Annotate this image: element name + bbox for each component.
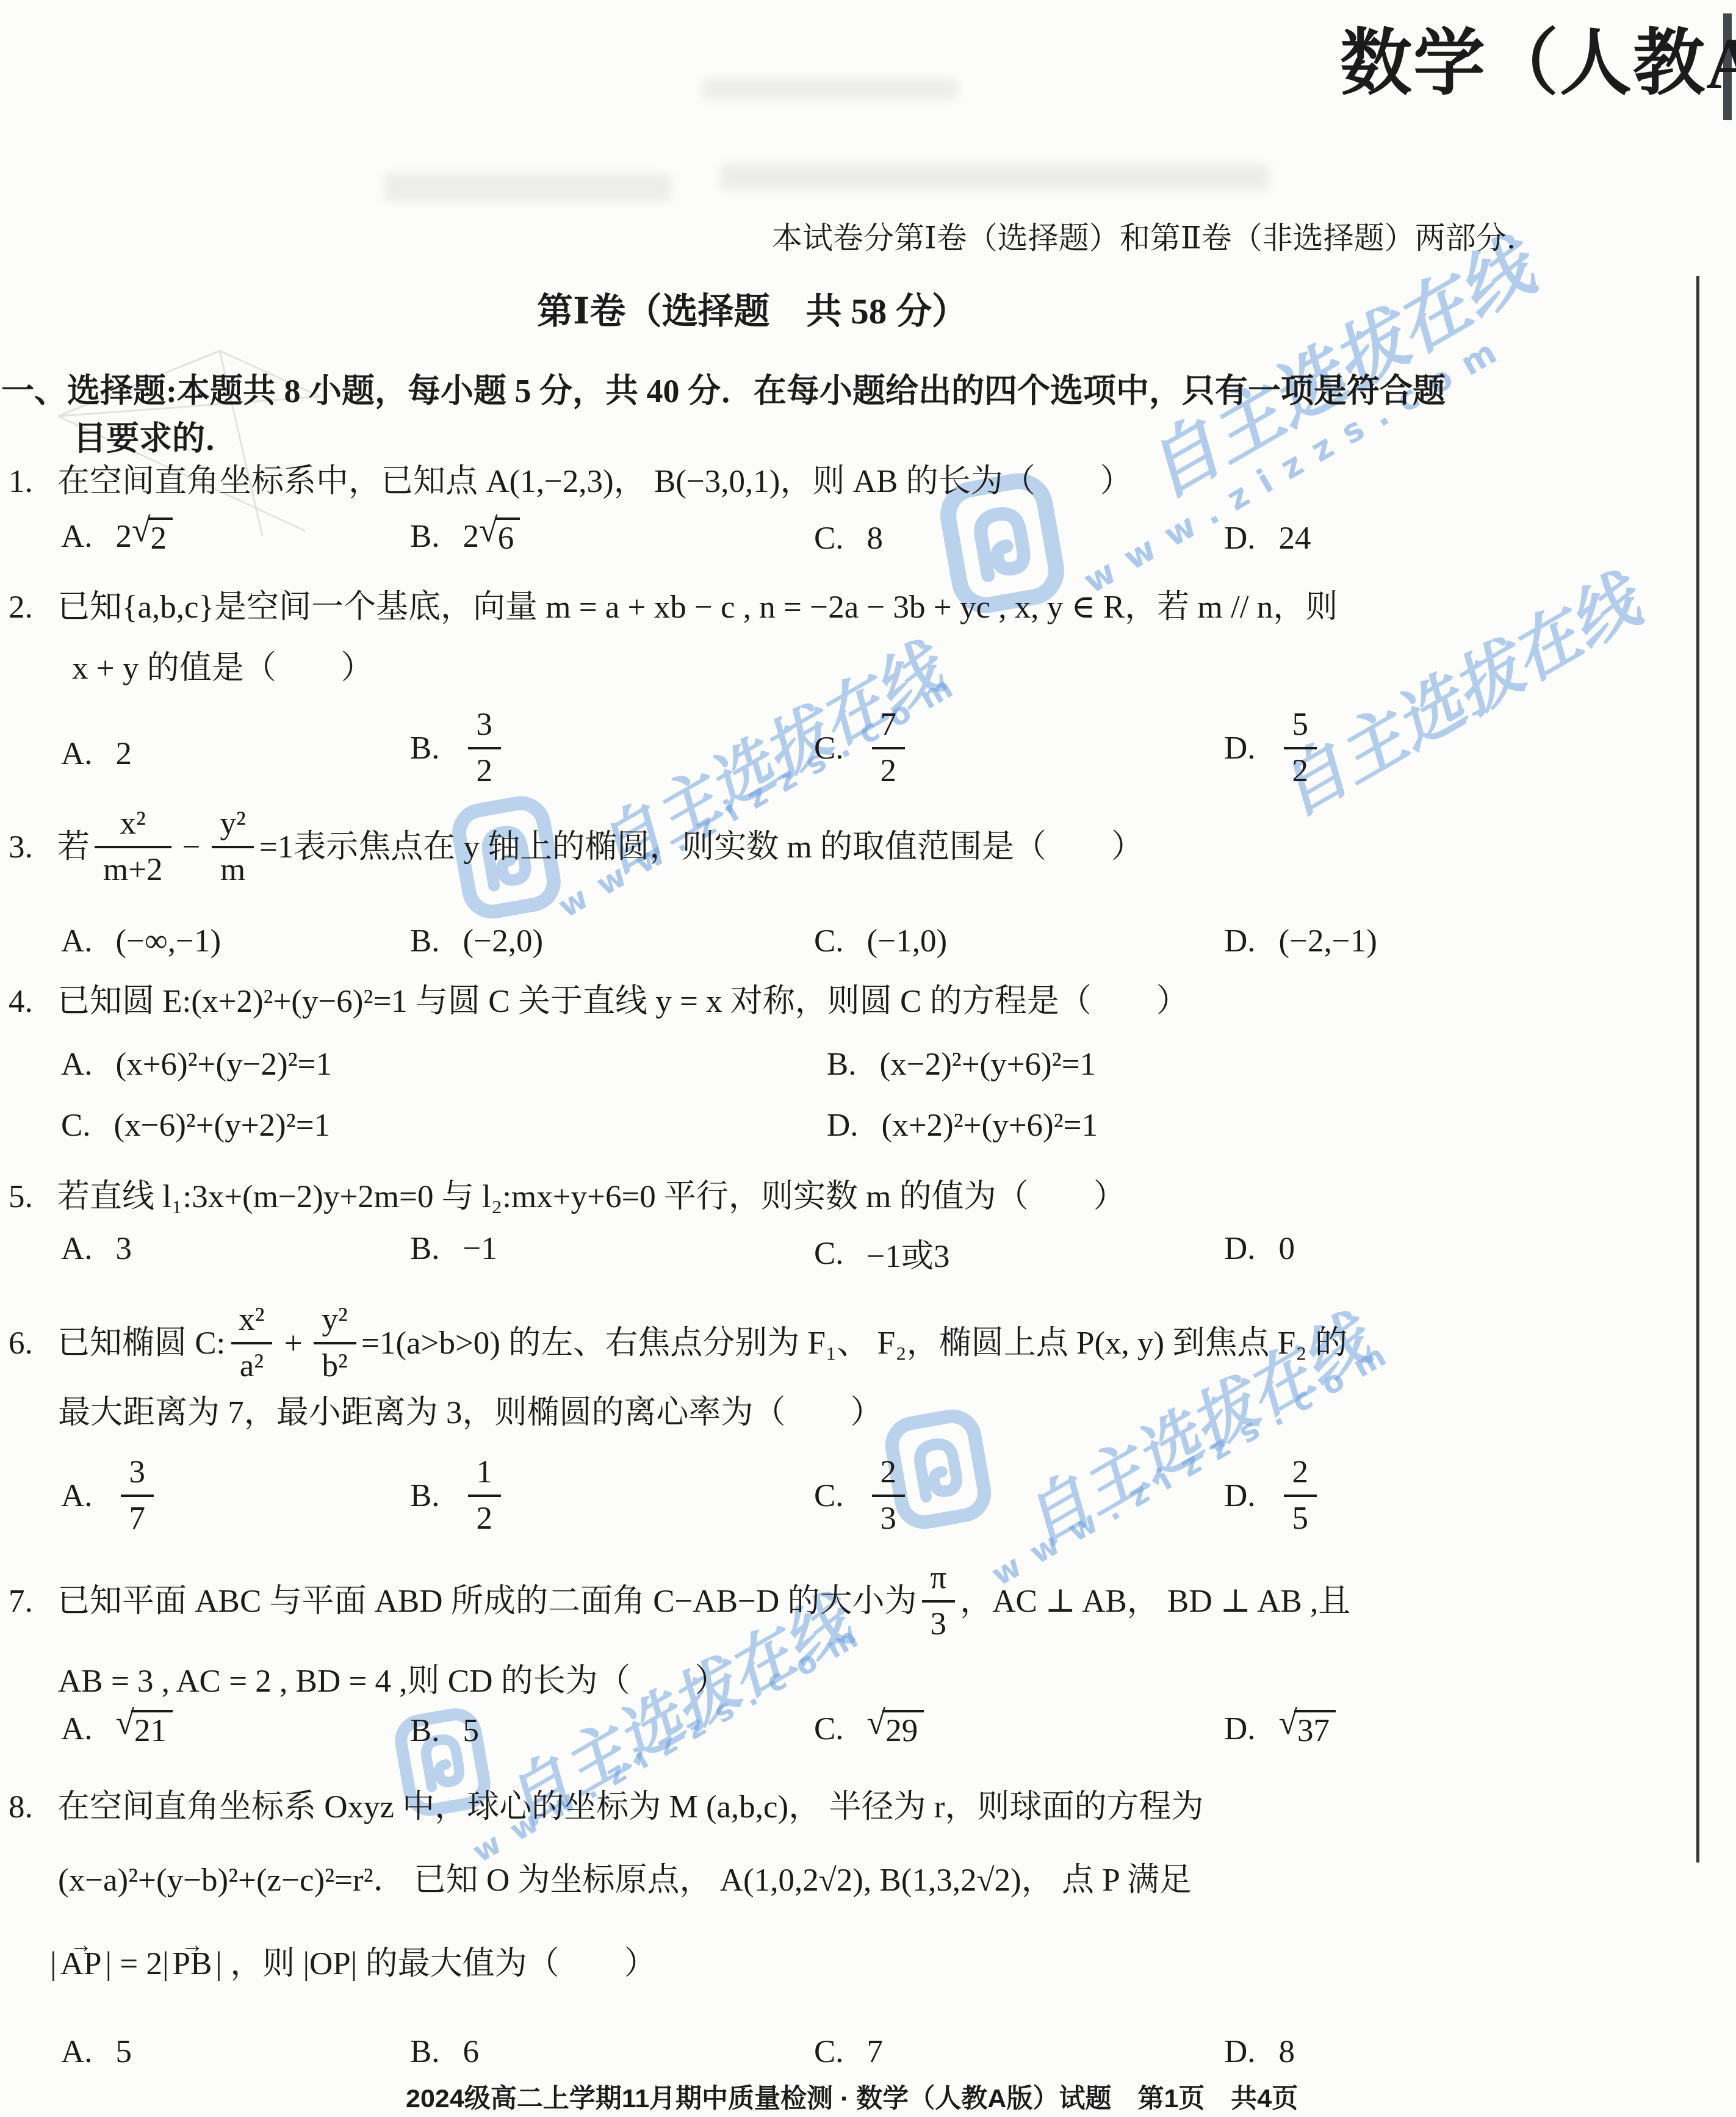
fraction: y²b² (314, 1303, 356, 1383)
option-label: A. (61, 923, 93, 959)
denominator: 7 (121, 1495, 154, 1536)
radicand: 21 (131, 1710, 173, 1747)
option-value: 8 (1279, 2033, 1295, 2070)
radicand: 6 (495, 518, 520, 555)
abs-bar: | (50, 1946, 57, 1982)
option-value: −1 (463, 1230, 497, 1267)
operator: − (182, 827, 201, 867)
question-number: 4. (9, 981, 57, 1022)
option-d: D.(−2,−1) (1224, 923, 1377, 959)
option-label: D. (1224, 2033, 1256, 2070)
fraction: x²m+2 (95, 807, 171, 887)
radicand: 2 (148, 518, 173, 555)
scan-smudge (384, 173, 671, 202)
option-value: 7 (867, 2033, 884, 2070)
option-c: C.23 (814, 1455, 910, 1535)
radical: √6 (479, 518, 520, 555)
numerator: 1 (468, 1455, 502, 1495)
radical-sign: √ (1279, 1706, 1298, 1740)
radical: √2 (132, 518, 173, 555)
denominator: 2 (1284, 747, 1317, 788)
numerator: y² (314, 1303, 356, 1342)
option-label: C. (814, 2033, 844, 2070)
instruction-line2: 目要求的． (73, 413, 238, 460)
option-value: (−∞,−1) (116, 923, 222, 959)
denominator: 5 (1284, 1495, 1317, 1536)
option-b: B.5 (410, 1712, 479, 1749)
option-label: D. (1224, 1477, 1256, 1514)
question-8-stem-line1: 8.在空间直角坐标系 Oxyz 中，球心的坐标为 M (a,b,c)， 半径为 … (9, 1787, 1203, 1827)
radical-sign: √ (132, 514, 151, 548)
denominator: b² (314, 1342, 356, 1383)
vector-arrow-icon: → (181, 1931, 203, 1960)
question-6-stem-line2: 最大距离为 7，最小距离为 3，则椭圆的离心率为（ ） (58, 1393, 883, 1433)
question-number: 6. (9, 1323, 57, 1363)
scan-smudge (720, 164, 1269, 190)
question-text: 在空间直角坐标系 Oxyz 中，球心的坐标为 M (a,b,c)， 半径为 r，… (57, 1789, 1203, 1825)
option-label: B. (827, 1046, 857, 1083)
numerator: 3 (468, 708, 502, 747)
fraction: 52 (1284, 708, 1317, 788)
option-label: C. (61, 1107, 91, 1144)
option-value: 3 (116, 1230, 132, 1267)
denominator: m+2 (95, 846, 171, 887)
denominator: 3 (922, 1600, 956, 1642)
radicand: 29 (882, 1710, 924, 1747)
option-value: 0 (1279, 1230, 1295, 1267)
page-footer: 2024级高二上学期11月期中质量检测 · 数学（人教A版）试题 第1页 共4页 (406, 2078, 1298, 2115)
option-c: C.√29 (814, 1710, 924, 1747)
question-text: 已知椭圆 C: (57, 1323, 225, 1363)
radical: √29 (867, 1710, 924, 1747)
option-label: A. (61, 735, 93, 772)
option-label: C. (814, 1235, 844, 1272)
numerator: 5 (1284, 708, 1317, 747)
question-8-stem-line3: |→AP| = 2|→PB| ，则 |OP| 的最大值为（ ） (50, 1944, 657, 1984)
option-label: B. (410, 730, 440, 766)
question-text: x + y 的值是（ ） (72, 651, 373, 686)
question-text: =1表示焦点在 y 轴上的椭圆，则实数 m 的取值范围是（ ） (259, 827, 1144, 867)
option-b: B.2√6 (410, 518, 520, 555)
option-label: C. (814, 923, 844, 959)
radical-sign: √ (116, 1706, 135, 1740)
vector-arrow-icon: → (70, 1931, 92, 1960)
option-label: B. (410, 1230, 440, 1267)
question-number: 1. (9, 461, 57, 502)
scan-smudge (702, 78, 958, 100)
denominator: 2 (468, 1495, 502, 1536)
question-number: 7. (9, 1581, 57, 1621)
option-d: D.25 (1224, 1455, 1322, 1535)
denominator: a² (231, 1342, 272, 1383)
question-number: 3. (9, 827, 57, 867)
option-label: A. (61, 1711, 93, 1747)
option-value: (−1,0) (867, 923, 947, 959)
question-5-stem: 5.若直线 l₁:3x+(m−2)y+2m=0 与 l₂:mx+y+6=0 平行… (9, 1177, 1126, 1217)
question-text: 已知圆 E:(x+2)²+(y−6)²=1 与圆 C 关于直线 y = x 对称… (57, 984, 1189, 1019)
option-value: (x−2)²+(y+6)²=1 (880, 1046, 1096, 1083)
section-heading: 第Ⅰ卷（选择题 共 58 分） (537, 282, 968, 334)
denominator: 2 (468, 747, 502, 788)
option-b: B.12 (410, 1455, 506, 1535)
radical-sign: √ (479, 514, 498, 548)
question-text: ，AC ⊥ AB， BD ⊥ AB ,且 (960, 1581, 1350, 1621)
question-4-stem: 4.已知圆 E:(x+2)²+(y−6)²=1 与圆 C 关于直线 y = x … (9, 981, 1189, 1022)
denominator: 3 (872, 1495, 906, 1536)
question-text: | = 2| (105, 1946, 168, 1982)
option-a: A.5 (61, 2033, 132, 2070)
option-value: 8 (867, 520, 884, 557)
denominator: m (212, 846, 254, 887)
option-c: C.72 (814, 708, 910, 788)
option-label: B. (410, 1477, 440, 1514)
option-a: A.√21 (61, 1710, 173, 1747)
option-label: B. (410, 923, 440, 959)
option-value: (−2,−1) (1279, 923, 1377, 959)
option-coefficient: 2 (463, 518, 480, 555)
option-value: 5 (463, 1712, 480, 1749)
numerator: 7 (872, 708, 906, 747)
option-label: D. (827, 1107, 859, 1144)
numerator: x² (112, 807, 154, 846)
fraction: 37 (121, 1455, 154, 1535)
option-d: D.0 (1224, 1230, 1295, 1267)
denominator: 2 (872, 747, 906, 788)
numerator: y² (212, 807, 254, 846)
question-text: 若 (57, 827, 90, 867)
option-a: A.2√2 (61, 518, 173, 555)
page-border-line (1696, 276, 1699, 1863)
numerator: 2 (1284, 1455, 1317, 1495)
option-label: A. (61, 2033, 93, 2070)
option-label: C. (814, 520, 844, 557)
exam-intro: 本试卷分第Ⅰ卷（选择题）和第Ⅱ卷（非选择题）两部分． (772, 214, 1537, 258)
question-text: (x−a)²+(y−b)²+(z−c)²=r²． 已知 O 为坐标原点， A(1… (58, 1863, 1192, 1898)
option-label: D. (1224, 520, 1256, 557)
option-label: B. (410, 1712, 440, 1749)
option-label: C. (814, 1711, 844, 1747)
radical-sign: √ (867, 1706, 886, 1740)
option-label: C. (814, 730, 844, 766)
option-d: D.√37 (1224, 1710, 1336, 1747)
option-label: A. (61, 1230, 93, 1267)
question-text: 若直线 l₁:3x+(m−2)y+2m=0 与 l₂:mx+y+6=0 平行，则… (57, 1179, 1126, 1214)
option-label: D. (1224, 730, 1256, 766)
option-a: A.(x+6)²+(y−2)²=1 (61, 1046, 332, 1083)
fraction: 25 (1284, 1455, 1317, 1535)
question-text: 最大距离为 7，最小距离为 3，则椭圆的离心率为（ ） (58, 1395, 883, 1430)
option-d: D.8 (1224, 2033, 1295, 2070)
exam-page: 自主选拔在线 www.zizzs.com 自主选拔在线 自主选拔在线 www.z… (0, 0, 1736, 2117)
fraction: π3 (921, 1561, 955, 1641)
option-b: B.6 (410, 2033, 479, 2070)
question-text: =1(a>b>0) 的左、右焦点分别为 F₁、 F₂，椭圆上点 P(x, y) … (361, 1323, 1347, 1363)
question-6-stem-line1: 6.已知椭圆 C:x²a²+y²b²=1(a>b>0) 的左、右焦点分别为 F₁… (9, 1303, 1347, 1383)
question-1-stem: 1.在空间直角坐标系中，已知点 A(1,−2,3)， B(−3,0,1)，则 A… (9, 461, 1133, 502)
option-b: B.(x−2)²+(y+6)²=1 (827, 1046, 1096, 1083)
question-number: 8. (9, 1787, 57, 1827)
question-number: 5. (9, 1177, 57, 1217)
option-c: C.8 (814, 520, 883, 557)
option-label: A. (61, 518, 93, 555)
option-c: C.(−1,0) (814, 923, 947, 959)
option-b: B.−1 (410, 1230, 497, 1267)
numerator: π (921, 1561, 955, 1600)
option-d: D.24 (1224, 520, 1311, 557)
option-label: B. (410, 2033, 440, 2070)
option-d: D.52 (1224, 708, 1322, 788)
fraction: x²a² (230, 1303, 273, 1383)
radicand: 37 (1294, 1710, 1336, 1747)
vector: →PB (173, 1944, 212, 1984)
option-label: A. (61, 1046, 93, 1083)
numerator: x² (230, 1303, 273, 1342)
option-d: D.(x+2)²+(y+6)²=1 (827, 1107, 1098, 1144)
option-b: B.(−2,0) (410, 923, 543, 959)
option-label: C. (814, 1477, 844, 1514)
fraction: 32 (468, 708, 502, 788)
vector: →AP (60, 1944, 102, 1984)
question-2-stem-line1: 2.已知{a,b,c}是空间一个基底，向量 m = a + xb − c , n… (9, 587, 1338, 627)
question-3-stem: 3.若x²m+2−y²m=1表示焦点在 y 轴上的椭圆，则实数 m 的取值范围是… (9, 807, 1144, 887)
radical: √37 (1279, 1710, 1336, 1747)
question-text: 在空间直角坐标系中，已知点 A(1,−2,3)， B(−3,0,1)，则 AB … (57, 464, 1133, 499)
option-c: C.7 (814, 2033, 883, 2070)
option-label: B. (410, 518, 440, 555)
fraction: 12 (468, 1455, 502, 1535)
numerator: 2 (872, 1455, 906, 1495)
radical: √21 (116, 1710, 173, 1747)
option-value: 24 (1279, 520, 1311, 557)
question-text: 已知平面 ABC 与平面 ABD 所成的二面角 C−AB−D 的大小为 (57, 1581, 917, 1621)
instruction-line1: 一、选择题:本题共 8 小题，每小题 5 分，共 40 分．在每小题给出的四个选… (1, 365, 1446, 412)
numerator: 3 (121, 1455, 154, 1495)
option-label: D. (1224, 1711, 1256, 1747)
operator: + (284, 1323, 303, 1363)
option-label: D. (1224, 1230, 1256, 1267)
option-a: A.37 (61, 1455, 159, 1535)
question-7-stem-line1: 7.已知平面 ABC 与平面 ABD 所成的二面角 C−AB−D 的大小为π3，… (9, 1561, 1350, 1641)
option-value: 6 (463, 2033, 480, 2070)
option-value: (x+2)²+(y+6)²=1 (882, 1107, 1098, 1144)
option-a: A.3 (61, 1230, 132, 1267)
fraction: 23 (872, 1455, 906, 1535)
option-value: −1或3 (867, 1230, 950, 1277)
option-value: (x+6)²+(y−2)²=1 (116, 1046, 332, 1083)
question-7-stem-line2: AB = 3 , AC = 2 , BD = 4 ,则 CD 的长为（ ） (58, 1661, 727, 1701)
option-value: 2 (116, 735, 132, 772)
option-c: C.(x−6)²+(y+2)²=1 (61, 1107, 330, 1144)
question-2-stem-line2: x + y 的值是（ ） (72, 648, 373, 688)
question-8-stem-line2: (x−a)²+(y−b)²+(z−c)²=r²． 已知 O 为坐标原点， A(1… (58, 1860, 1192, 1900)
question-text: 已知{a,b,c}是空间一个基底，向量 m = a + xb − c , n =… (57, 590, 1338, 625)
option-b: B.32 (410, 708, 506, 788)
fraction: 72 (872, 708, 906, 788)
page-title: 数学（人教A (1340, 5, 1736, 109)
option-c: C.−1或3 (814, 1230, 950, 1277)
option-a: A.2 (61, 735, 132, 772)
option-value: 5 (116, 2033, 132, 2070)
question-number: 2. (9, 587, 57, 627)
question-text: | ，则 |OP| 的最大值为（ ） (215, 1946, 656, 1982)
option-value: (−2,0) (463, 923, 543, 959)
option-coefficient: 2 (116, 518, 132, 555)
fraction: y²m (212, 807, 254, 887)
question-text: AB = 3 , AC = 2 , BD = 4 ,则 CD 的长为（ ） (58, 1664, 727, 1699)
option-label: D. (1224, 923, 1256, 959)
option-value: (x−6)²+(y+2)²=1 (114, 1107, 330, 1144)
option-label: A. (61, 1477, 93, 1514)
option-a: A.(−∞,−1) (61, 923, 221, 959)
